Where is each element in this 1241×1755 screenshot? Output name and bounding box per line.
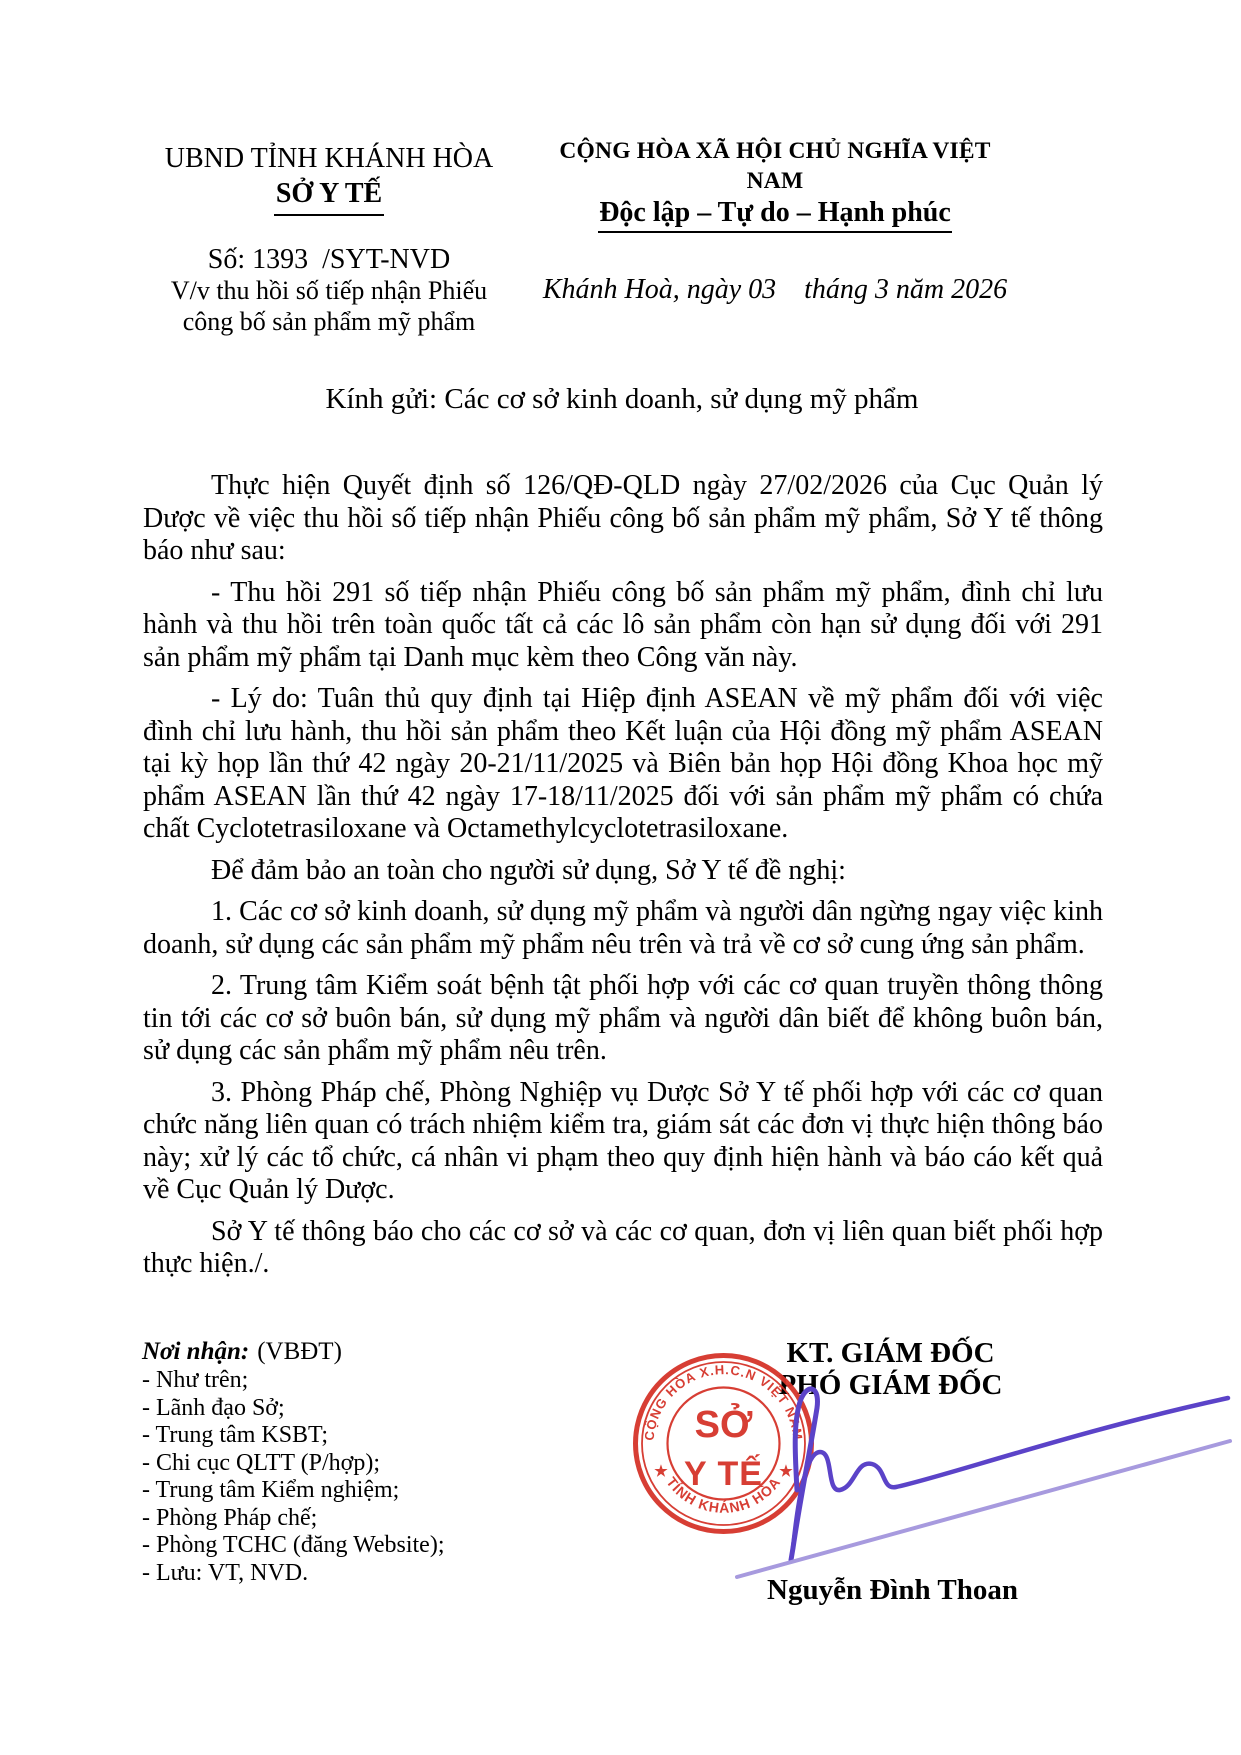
parent-org-name: UBND TỈNH KHÁNH HÒA — [150, 141, 508, 176]
official-letter-page: UBND TỈNH KHÁNH HÒA SỞ Y TẾ Số: 1393 /SY… — [0, 0, 1241, 1755]
signer-titles: KT. GIÁM ĐỐC PHÓ GIÁM ĐỐC — [718, 1338, 1063, 1401]
header-right-column: CỘNG HÒA XÃ HỘI CHỦ NGHĨA VIỆT NAM Độc l… — [540, 136, 1010, 307]
svg-text:TỈNH KHÁNH HÒA: TỈNH KHÁNH HÒA — [663, 1474, 783, 1516]
doc-number: Số: 1393 /SYT-NVD — [150, 244, 508, 275]
recipient-item: - Lãnh đạo Sở; — [142, 1395, 445, 1423]
org-name-underlined: SỞ Y TẾ — [274, 176, 384, 216]
seal-center-text-1: SỞ — [695, 1402, 753, 1446]
signer-name: Nguyễn Đình Thoan — [715, 1574, 1070, 1607]
recipient-item: - Lưu: VT, NVD. — [142, 1560, 445, 1588]
recipients-label: Nơi nhận: — [142, 1338, 249, 1365]
body-paragraph: - Lý do: Tuân thủ quy định tại Hiệp định… — [143, 683, 1103, 846]
seal-inner-ring — [668, 1388, 780, 1500]
signature-stroke — [793, 1398, 1228, 1548]
recipient-item: - Trung tâm KSBT; — [142, 1422, 445, 1450]
recipient-item: - Chi cục QLTT (P/hợp); — [142, 1450, 445, 1478]
seal-center-text-2: Y TẾ — [684, 1455, 763, 1493]
recipient-item: - Như trên; — [142, 1367, 445, 1395]
seal-star-left-icon: ★ — [654, 1463, 668, 1480]
signer-title-2: PHÓ GIÁM ĐỐC — [718, 1370, 1063, 1402]
place-date-line: Khánh Hoà, ngày 03 tháng 3 năm 2026 — [540, 273, 1010, 307]
recipients-note: (VBĐT) — [257, 1338, 342, 1365]
seal-bottom-text: TỈNH KHÁNH HÒA — [663, 1474, 783, 1516]
body-paragraph: Sở Y tế thông báo cho các cơ sở và các c… — [143, 1216, 1103, 1281]
doc-subject-line-2: công bố sản phẩm mỹ phẩm — [150, 306, 508, 337]
recipient-item: - Trung tâm Kiểm nghiệm; — [142, 1477, 445, 1505]
body-paragraph: 3. Phòng Pháp chế, Phòng Nghiệp vụ Dược … — [143, 1077, 1103, 1207]
signature-stroke — [791, 1389, 817, 1560]
header-left-column: UBND TỈNH KHÁNH HÒA SỞ Y TẾ Số: 1393 /SY… — [150, 141, 508, 337]
salutation-line: Kính gửi: Các cơ sở kinh doanh, sử dụng … — [142, 383, 1102, 416]
national-motto: Độc lập – Tự do – Hạnh phúc — [540, 196, 1010, 233]
recipients-block: Nơi nhận:(VBĐT) - Như trên; - Lãnh đạo S… — [142, 1337, 445, 1587]
seal-star-right-icon: ★ — [779, 1463, 793, 1480]
recipient-item: - Phòng TCHC (đăng Website); — [142, 1532, 445, 1560]
doc-subject-line-1: V/v thu hồi số tiếp nhận Phiếu — [150, 275, 508, 306]
national-title: CỘNG HÒA XÃ HỘI CHỦ NGHĨA VIỆT NAM — [540, 136, 1010, 196]
body-paragraph: Thực hiện Quyết định số 126/QĐ-QLD ngày … — [143, 470, 1103, 568]
org-name: SỞ Y TẾ — [150, 176, 508, 216]
signature-flourish-stroke — [737, 1441, 1230, 1577]
body-paragraph: Để đảm bảo an toàn cho người sử dụng, Sở… — [143, 855, 1103, 888]
letter-body: Thực hiện Quyết định số 126/QĐ-QLD ngày … — [143, 470, 1103, 1290]
recipient-item: - Phòng Pháp chế; — [142, 1505, 445, 1533]
recipients-header: Nơi nhận:(VBĐT) — [142, 1337, 445, 1367]
body-paragraph: 1. Các cơ sở kinh doanh, sử dụng mỹ phẩm… — [143, 896, 1103, 961]
national-motto-underlined: Độc lập – Tự do – Hạnh phúc — [598, 196, 952, 233]
signer-title-1: KT. GIÁM ĐỐC — [718, 1338, 1063, 1370]
body-paragraph: 2. Trung tâm Kiểm soát bệnh tật phối hợp… — [143, 970, 1103, 1068]
body-paragraph: - Thu hồi 291 số tiếp nhận Phiếu công bố… — [143, 577, 1103, 675]
